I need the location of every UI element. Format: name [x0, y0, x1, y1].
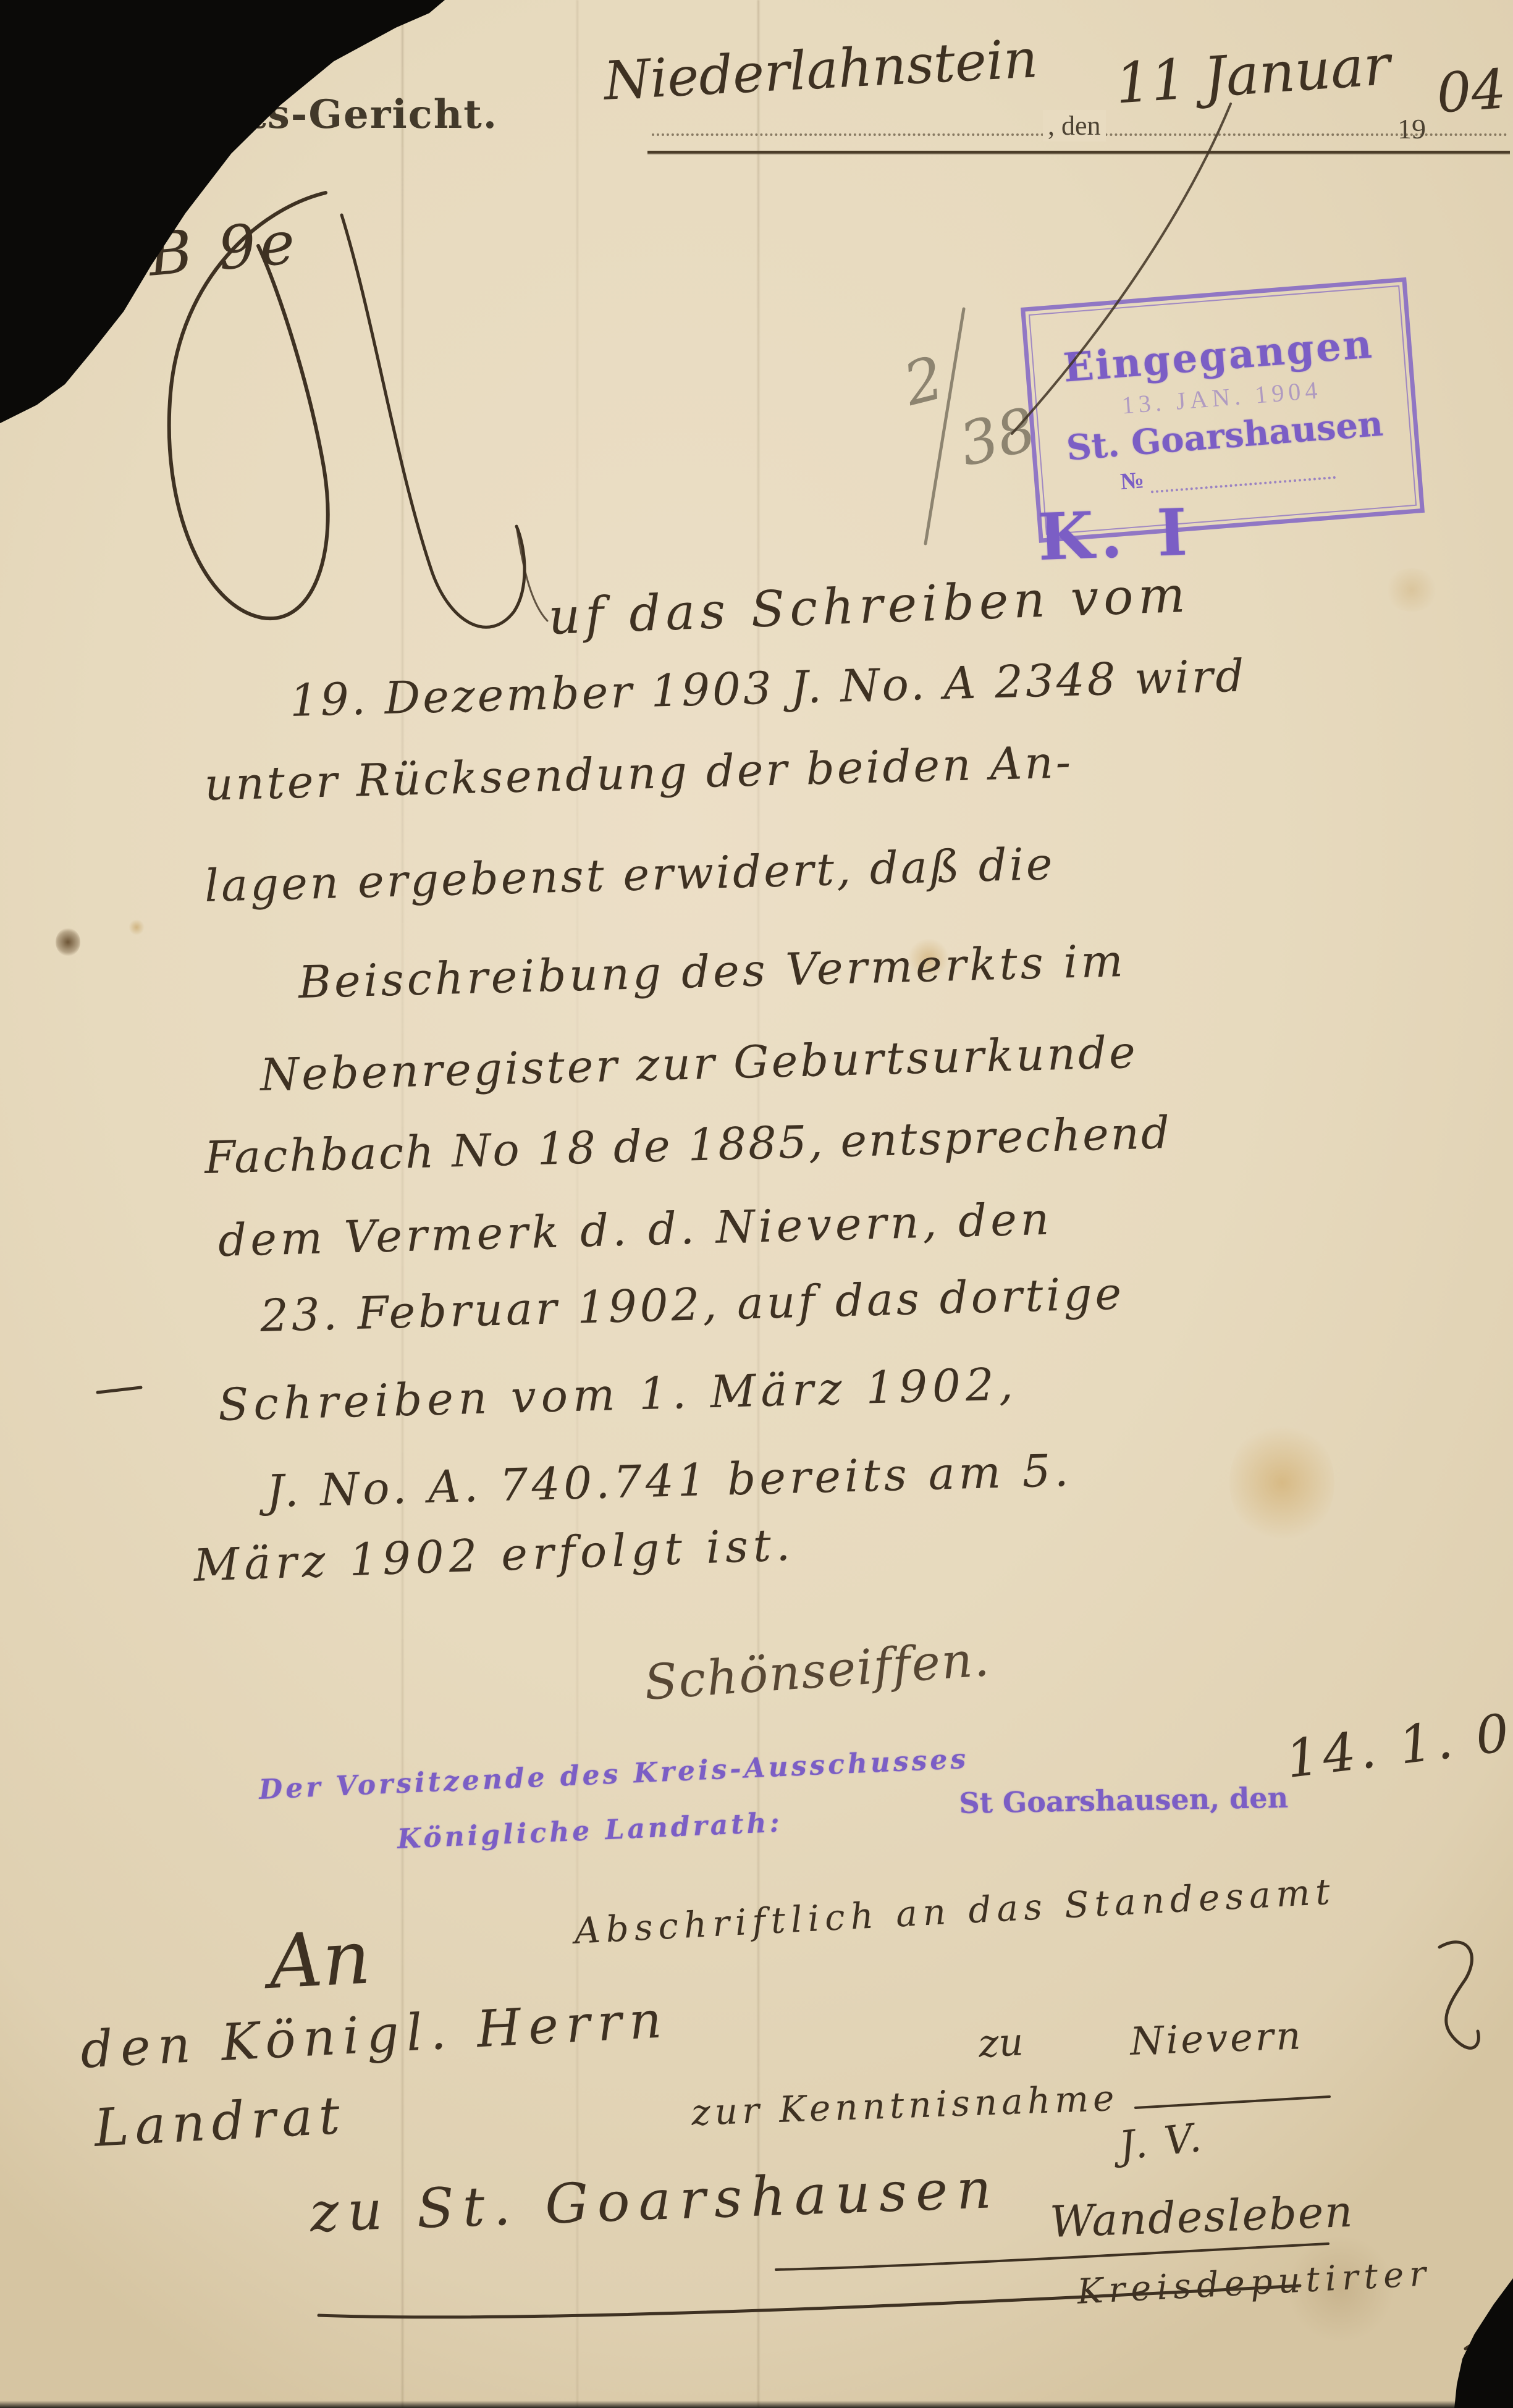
scanned-letter-page: ges Amts-Gericht. II B 9e Niederlahnstei…: [0, 0, 1513, 2408]
page-bottom-edge-shadow: [0, 2401, 1513, 2408]
ink-flourishes: [0, 0, 1513, 2408]
